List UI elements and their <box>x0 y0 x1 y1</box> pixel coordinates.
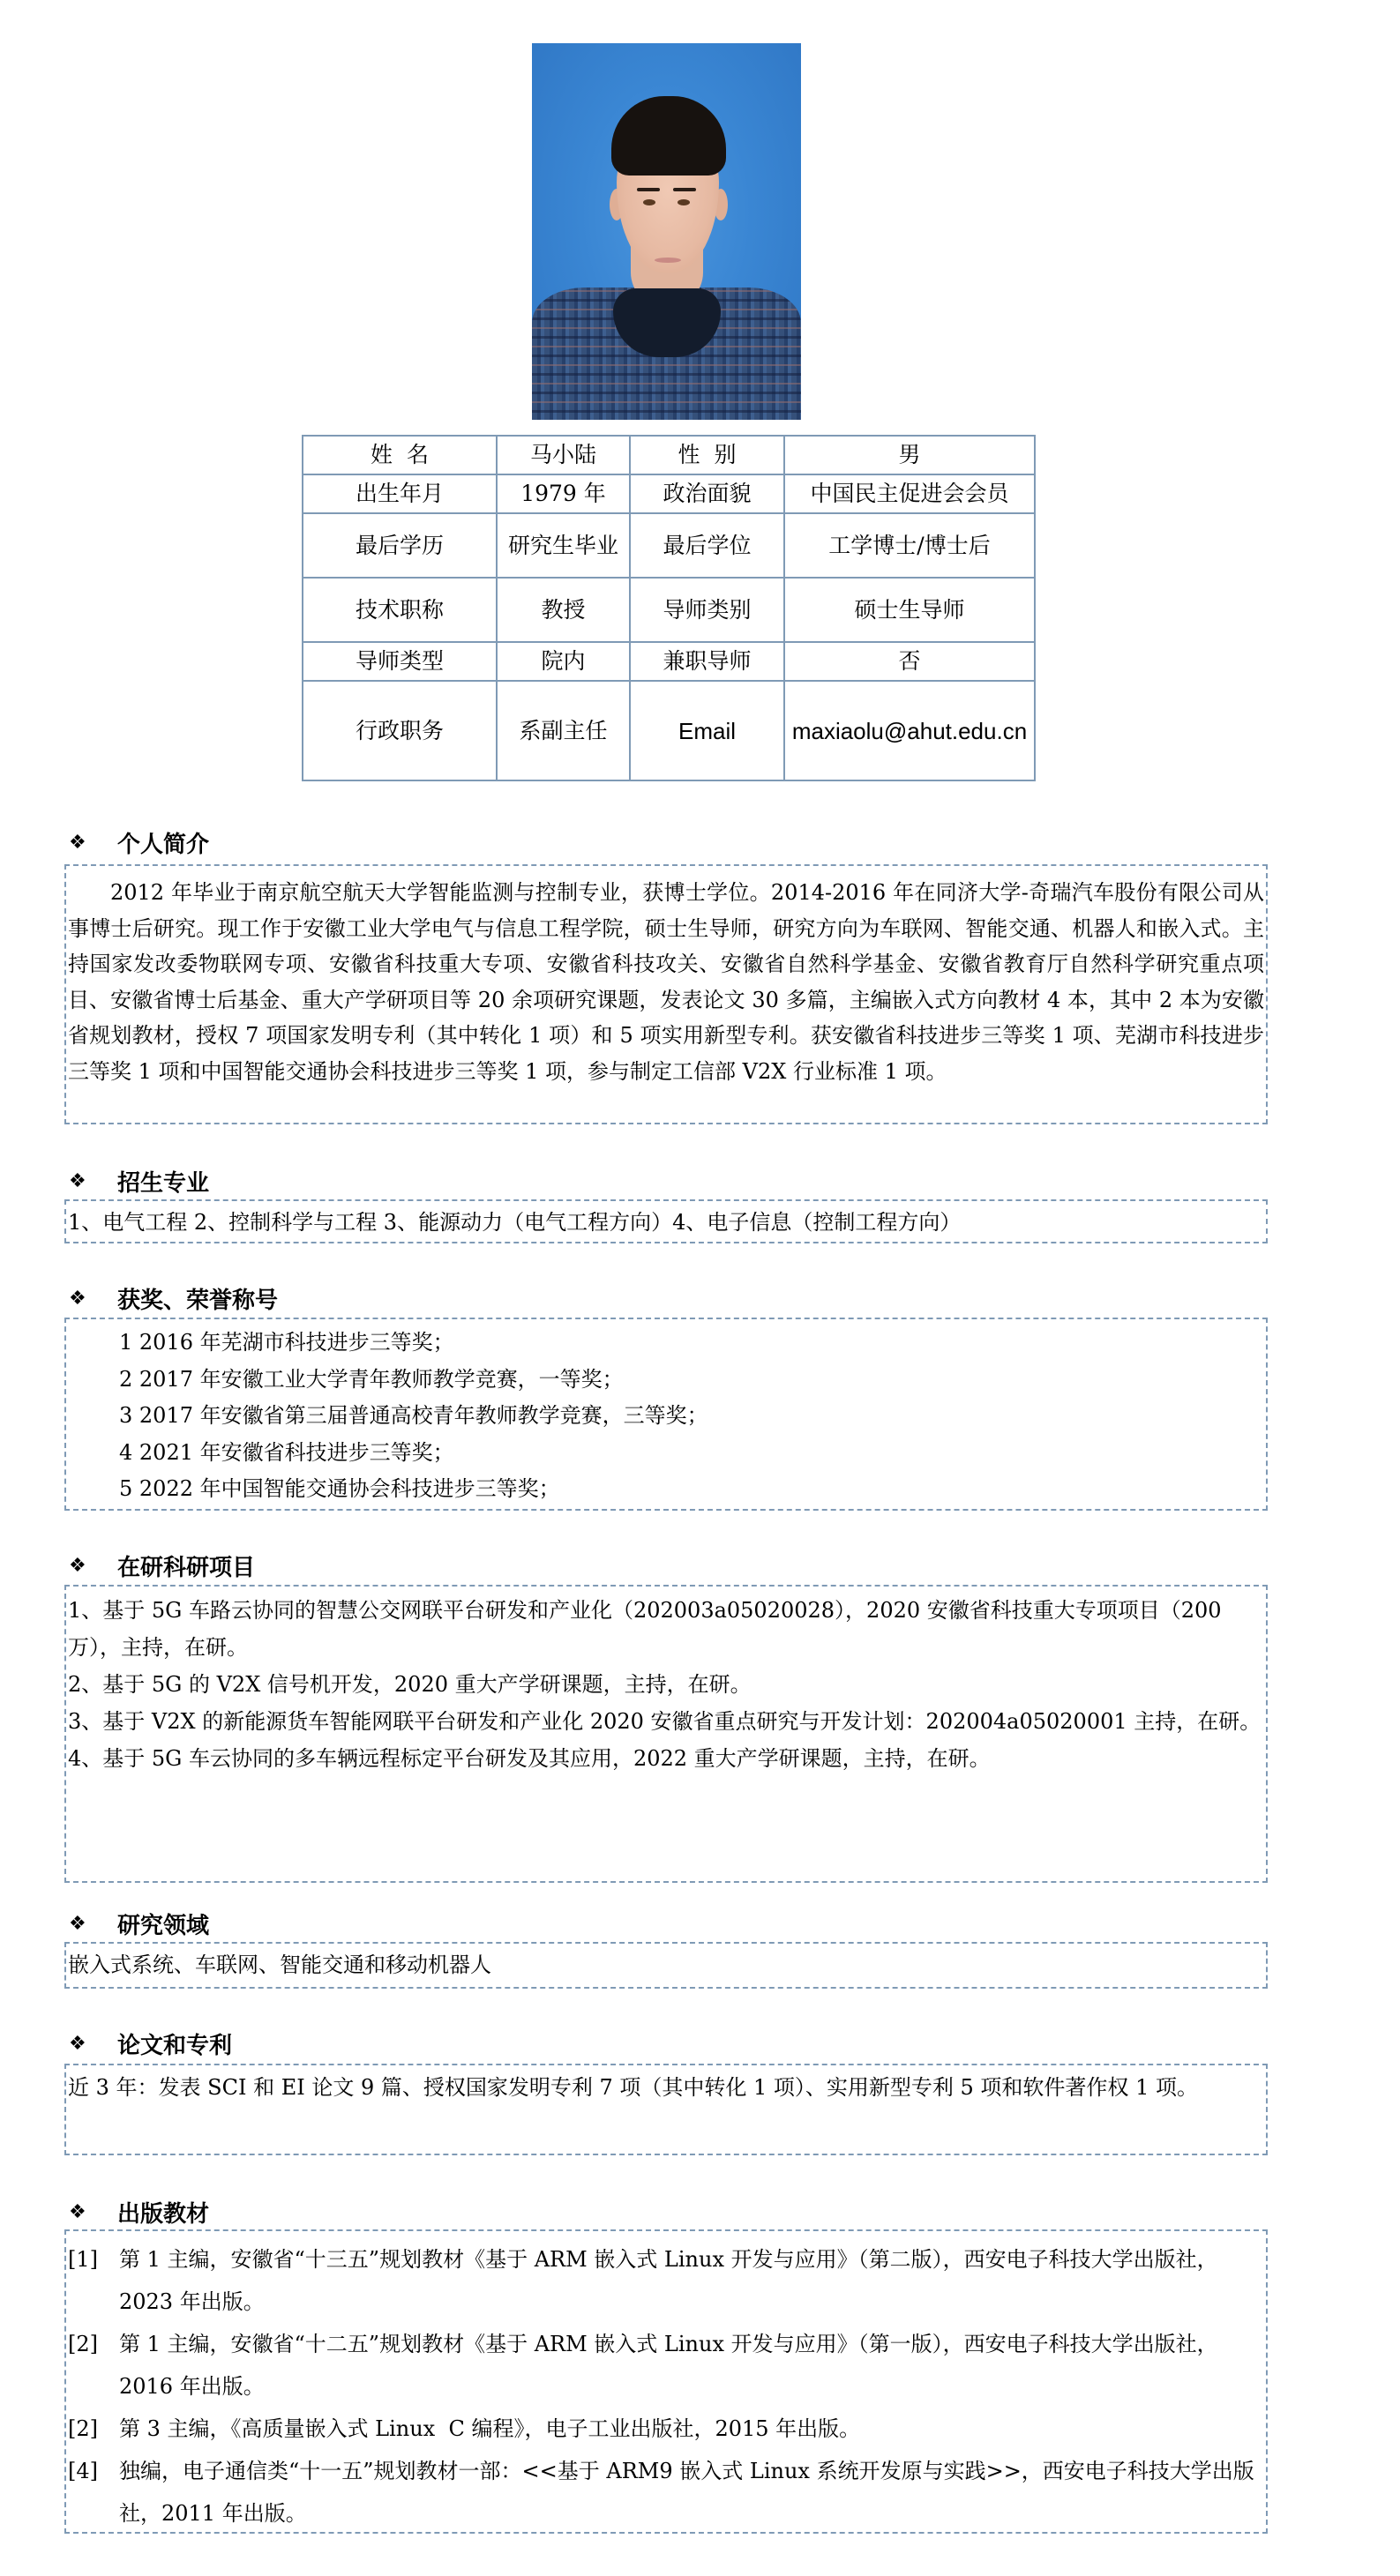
item-text: 第 1 主编，安徽省“十二五”规划教材《基于 ARM 嵌入式 Linux 开发与… <box>119 2323 1264 2408</box>
label-gender: 性 别 <box>630 436 784 474</box>
list-item: 3 2017 年安徽省第三届普通高校青年教师教学竞赛，三等奖； <box>68 1398 1264 1435</box>
label-education: 最后学历 <box>303 513 497 578</box>
list-item: 2、基于 5G 的 V2X 信号机开发，2020 重大产学研课题，主持，在研。 <box>68 1666 1264 1703</box>
table-row: 行政职务 系副主任 Email maxiaolu@ahut.edu.cn <box>303 681 1035 780</box>
list-item: 3、基于 V2X 的新能源货车智能网联平台研发和产业化 2020 安徽省重点研究… <box>68 1703 1264 1740</box>
label-name: 姓 名 <box>303 436 497 474</box>
list-item: [2] 第 1 主编，安徽省“十二五”规划教材《基于 ARM 嵌入式 Linux… <box>68 2323 1264 2408</box>
section-heading-intro: ❖ 个人简介 <box>69 827 209 857</box>
item-text: 独编，电子通信类“十一五”规划教材一部：<<基于 ARM9 嵌入式 Linux … <box>119 2450 1264 2535</box>
photo-brow <box>673 188 696 191</box>
table-row: 技术职称 教授 导师类别 硕士生导师 <box>303 578 1035 642</box>
intro-box: 2012 年毕业于南京航空航天大学智能监测与控制专业，获博士学位。2014-20… <box>64 864 1268 1124</box>
item-number: [2] <box>68 2323 119 2408</box>
major-text: 1、电气工程 2、控制科学与工程 3、能源动力（电气工程方向）4、电子信息（控制… <box>68 1203 1264 1242</box>
photo-eye <box>678 199 690 205</box>
table-row: 出生年月 1979 年 政治面貌 中国民主促进会会员 <box>303 474 1035 513</box>
label-birth: 出生年月 <box>303 474 497 513</box>
item-text: 第 1 主编，安徽省“十三五”规划教材《基于 ARM 嵌入式 Linux 开发与… <box>119 2238 1264 2323</box>
label-supervisor-category: 导师类别 <box>630 578 784 642</box>
books-box: [1] 第 1 主编，安徽省“十三五”规划教材《基于 ARM 嵌入式 Linux… <box>64 2229 1268 2534</box>
value-supervisor-type: 院内 <box>497 642 630 681</box>
list-item: 4、基于 5G 车云协同的多车辆远程标定平台研发及其应用，2022 重大产学研课… <box>68 1740 1264 1777</box>
list-item: 2 2017 年安徽工业大学青年教师教学竞赛，一等奖； <box>68 1362 1264 1399</box>
section-title: 在研科研项目 <box>117 1549 255 1582</box>
table-row: 最后学历 研究生毕业 最后学位 工学博士/博士后 <box>303 513 1035 578</box>
section-heading-books: ❖ 出版教材 <box>69 2197 209 2227</box>
label-supervisor-type: 导师类型 <box>303 642 497 681</box>
section-heading-awards: ❖ 获奖、荣誉称号 <box>69 1283 278 1313</box>
portrait-photo <box>532 43 801 420</box>
diamond-bullet-icon: ❖ <box>69 832 117 854</box>
list-item: 4 2021 年安徽省科技进步三等奖； <box>68 1435 1264 1472</box>
value-degree: 工学博士/博士后 <box>784 513 1035 578</box>
list-item: [1] 第 1 主编，安徽省“十三五”规划教材《基于 ARM 嵌入式 Linux… <box>68 2238 1264 2323</box>
label-degree: 最后学位 <box>630 513 784 578</box>
value-title: 教授 <box>497 578 630 642</box>
fields-text: 嵌入式系统、车联网、智能交通和移动机器人 <box>68 1945 1264 1984</box>
table-row: 导师类型 院内 兼职导师 否 <box>303 642 1035 681</box>
fields-box: 嵌入式系统、车联网、智能交通和移动机器人 <box>64 1942 1268 1989</box>
section-title: 论文和专利 <box>117 2027 232 2060</box>
value-part-time-supervisor: 否 <box>784 642 1035 681</box>
diamond-bullet-icon: ❖ <box>69 1288 117 1310</box>
item-number: [2] <box>68 2408 119 2450</box>
section-title: 研究领域 <box>117 1908 209 1940</box>
projects-box: 1、基于 5G 车路云协同的智慧公交网联平台研发和产业化（202003a0502… <box>64 1585 1268 1883</box>
table-row: 姓 名 马小陆 性 别 男 <box>303 436 1035 474</box>
label-email: Email <box>630 681 784 780</box>
photo-eye <box>643 199 655 205</box>
email-link[interactable]: maxiaolu@ahut.edu.cn <box>784 681 1035 780</box>
diamond-bullet-icon: ❖ <box>69 1913 117 1935</box>
photo-mouth <box>655 258 681 263</box>
value-gender: 男 <box>784 436 1035 474</box>
section-heading-projects: ❖ 在研科研项目 <box>69 1550 255 1580</box>
diamond-bullet-icon: ❖ <box>69 2201 117 2223</box>
value-supervisor-category: 硕士生导师 <box>784 578 1035 642</box>
diamond-bullet-icon: ❖ <box>69 2033 117 2055</box>
section-title: 出版教材 <box>117 2196 209 2229</box>
item-number: [1] <box>68 2238 119 2323</box>
papers-box: 近 3 年：发表 SCI 和 EI 论文 9 篇、授权国家发明专利 7 项（其中… <box>64 2064 1268 2155</box>
papers-text: 近 3 年：发表 SCI 和 EI 论文 9 篇、授权国家发明专利 7 项（其中… <box>68 2069 1264 2106</box>
diamond-bullet-icon: ❖ <box>69 1555 117 1577</box>
list-item: [4] 独编，电子通信类“十一五”规划教材一部：<<基于 ARM9 嵌入式 Li… <box>68 2450 1264 2535</box>
list-item: 1 2016 年芜湖市科技进步三等奖； <box>68 1325 1264 1362</box>
photo-hair <box>611 96 726 175</box>
value-political-status: 中国民主促进会会员 <box>784 474 1035 513</box>
intro-text: 2012 年毕业于南京航空航天大学智能监测与控制专业，获博士学位。2014-20… <box>68 875 1264 1089</box>
label-admin-position: 行政职务 <box>303 681 497 780</box>
awards-box: 1 2016 年芜湖市科技进步三等奖； 2 2017 年安徽工业大学青年教师教学… <box>64 1318 1268 1511</box>
section-heading-major: ❖ 招生专业 <box>69 1166 209 1196</box>
value-name: 马小陆 <box>497 436 630 474</box>
photo-brow <box>637 188 660 191</box>
diamond-bullet-icon: ❖ <box>69 1170 117 1192</box>
label-political-status: 政治面貌 <box>630 474 784 513</box>
personal-info-table: 姓 名 马小陆 性 别 男 出生年月 1979 年 政治面貌 中国民主促进会会员… <box>302 435 1036 781</box>
list-item: 5 2022 年中国智能交通协会科技进步三等奖； <box>68 1471 1264 1508</box>
label-part-time-supervisor: 兼职导师 <box>630 642 784 681</box>
list-item: [2] 第 3 主编，《高质量嵌入式 Linux C 编程》，电子工业出版社，2… <box>68 2408 1264 2450</box>
value-admin-position: 系副主任 <box>497 681 630 780</box>
value-education: 研究生毕业 <box>497 513 630 578</box>
section-heading-papers: ❖ 论文和专利 <box>69 2028 232 2058</box>
section-heading-fields: ❖ 研究领域 <box>69 1908 209 1938</box>
section-title: 获奖、荣誉称号 <box>117 1282 278 1315</box>
label-title: 技术职称 <box>303 578 497 642</box>
section-title: 招生专业 <box>117 1165 209 1198</box>
value-birth: 1979 年 <box>497 474 630 513</box>
list-item: 1、基于 5G 车路云协同的智慧公交网联平台研发和产业化（202003a0502… <box>68 1592 1264 1666</box>
item-number: [4] <box>68 2450 119 2535</box>
section-title: 个人简介 <box>117 826 209 859</box>
major-box: 1、电气工程 2、控制科学与工程 3、能源动力（电气工程方向）4、电子信息（控制… <box>64 1199 1268 1243</box>
item-text: 第 3 主编，《高质量嵌入式 Linux C 编程》，电子工业出版社，2015 … <box>119 2408 1264 2450</box>
